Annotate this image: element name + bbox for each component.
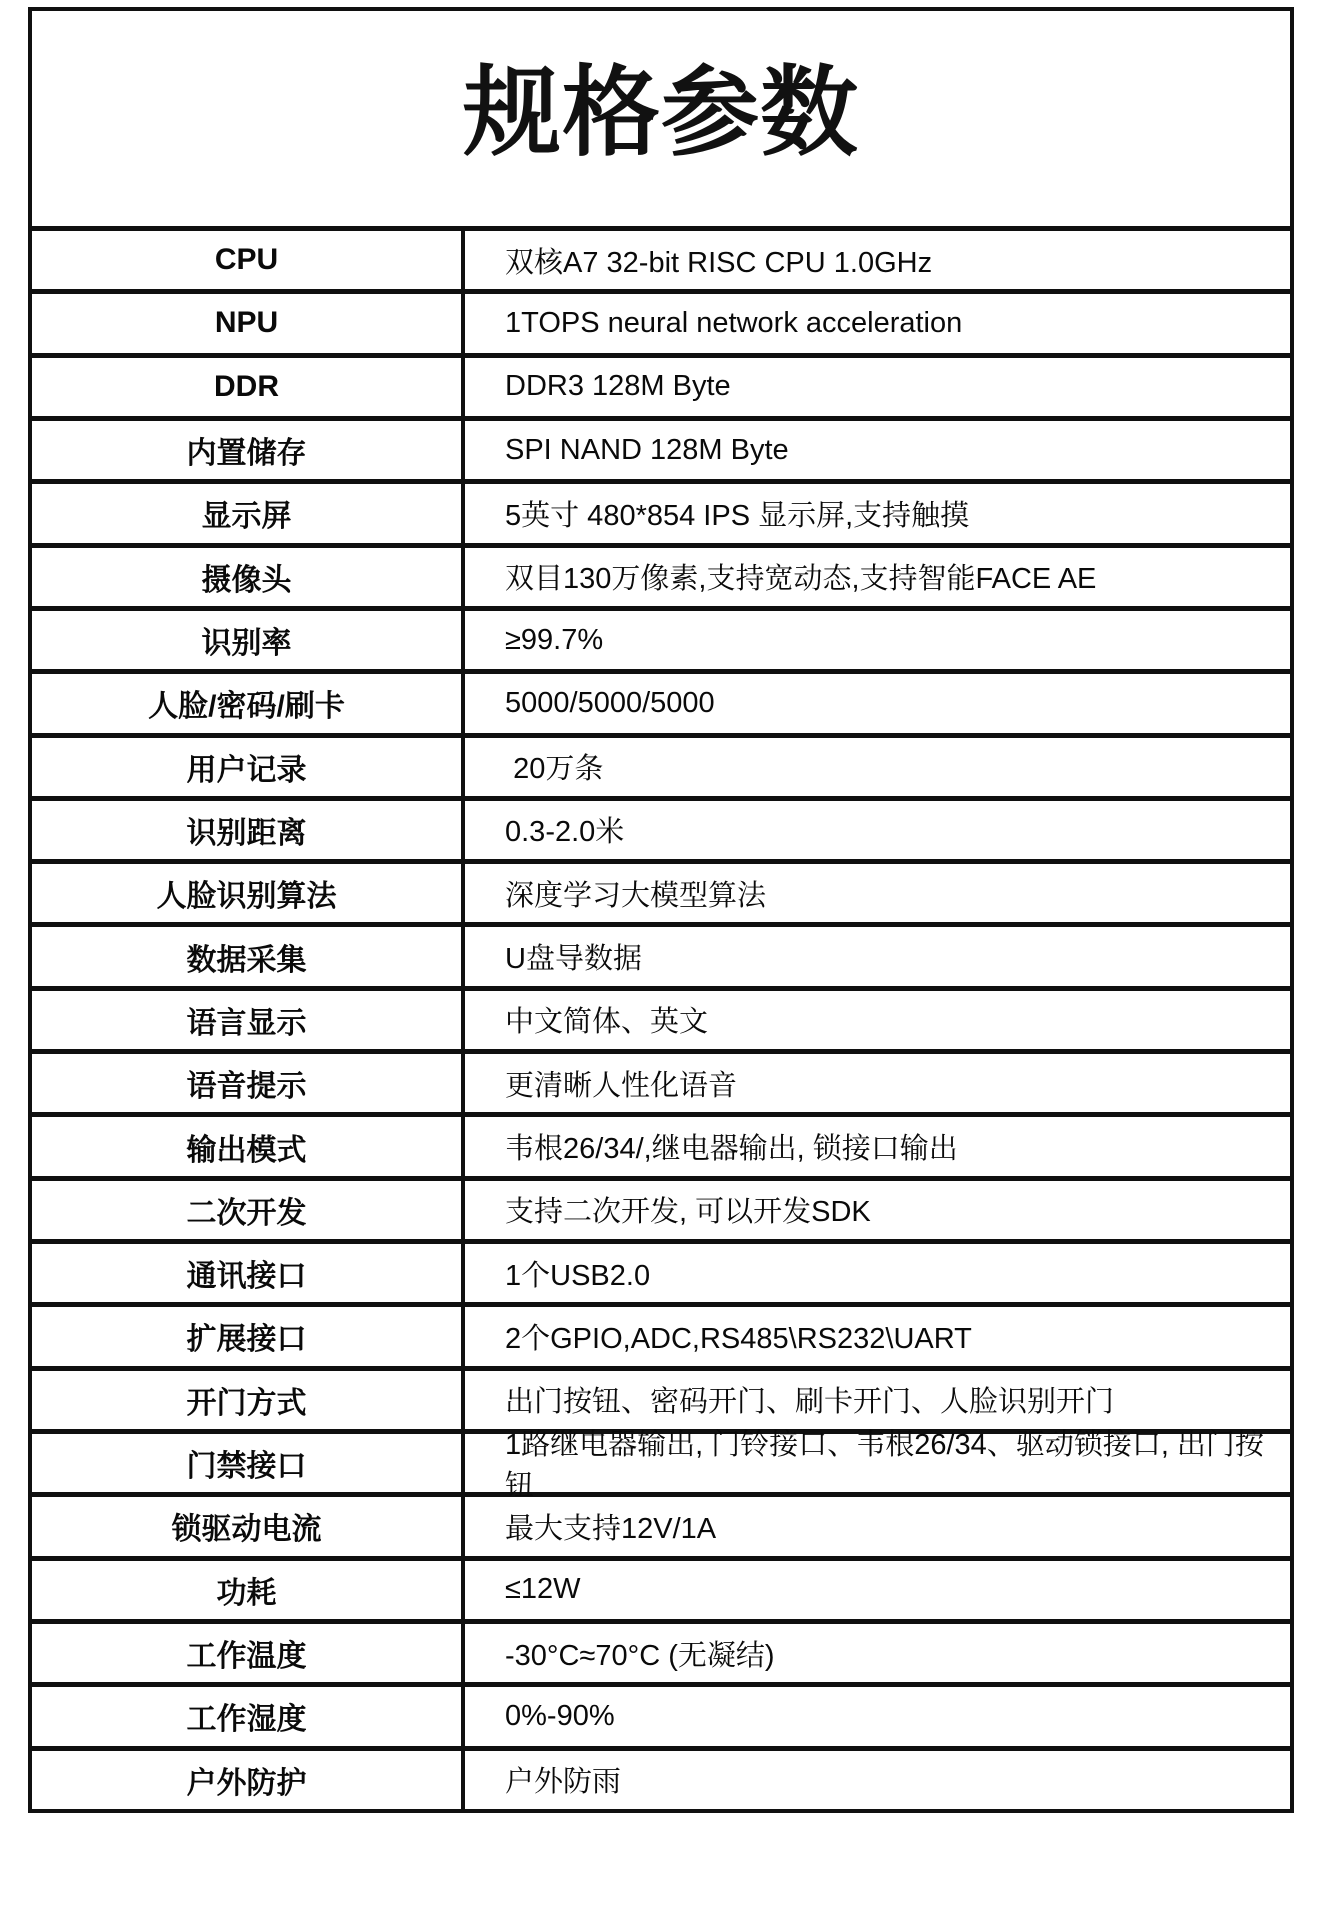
spec-value: 1路继电器输出, 门铃接口、韦根26/34、驱动锁接口, 出门按钮	[465, 1434, 1290, 1492]
spec-value: U盘导数据	[465, 927, 1290, 985]
spec-value: SPI NAND 128M Byte	[465, 421, 1290, 479]
spec-value: -30°C≈70°C (无凝结)	[465, 1624, 1290, 1682]
table-row: 工作湿度0%-90%	[32, 1687, 1290, 1750]
spec-label: 数据采集	[32, 927, 465, 985]
table-row: 用户记录 20万条	[32, 738, 1290, 801]
spec-value: 户外防雨	[465, 1751, 1290, 1809]
spec-label: 锁驱动电流	[32, 1497, 465, 1555]
spec-value: 韦根26/34/,继电器输出, 锁接口输出	[465, 1117, 1290, 1175]
spec-value: 双核A7 32-bit RISC CPU 1.0GHz	[465, 231, 1290, 289]
spec-table-body: CPU双核A7 32-bit RISC CPU 1.0GHzNPU1TOPS n…	[32, 231, 1290, 1809]
table-row: 人脸/密码/刷卡5000/5000/5000	[32, 674, 1290, 737]
table-row: 通讯接口1个USB2.0	[32, 1244, 1290, 1307]
spec-value: 5英寸 480*854 IPS 显示屏,支持触摸	[465, 484, 1290, 542]
table-row: 识别距离0.3-2.0米	[32, 801, 1290, 864]
spec-label: DDR	[32, 358, 465, 416]
spec-label: 内置储存	[32, 421, 465, 479]
spec-label: 工作湿度	[32, 1687, 465, 1745]
table-row: CPU双核A7 32-bit RISC CPU 1.0GHz	[32, 231, 1290, 294]
table-row: NPU1TOPS neural network acceleration	[32, 294, 1290, 357]
table-row: 输出模式韦根26/34/,继电器输出, 锁接口输出	[32, 1117, 1290, 1180]
page-title: 规格参数	[463, 63, 859, 161]
table-row: 门禁接口1路继电器输出, 门铃接口、韦根26/34、驱动锁接口, 出门按钮	[32, 1434, 1290, 1497]
spec-label: 二次开发	[32, 1181, 465, 1239]
table-row: 户外防护户外防雨	[32, 1751, 1290, 1809]
table-row: DDRDDR3 128M Byte	[32, 358, 1290, 421]
spec-value: ≤12W	[465, 1561, 1290, 1619]
spec-label: 用户记录	[32, 738, 465, 796]
spec-label: 功耗	[32, 1561, 465, 1619]
table-row: 摄像头双目130万像素,支持宽动态,支持智能FACE AE	[32, 548, 1290, 611]
table-row: 人脸识别算法深度学习大模型算法	[32, 864, 1290, 927]
table-row: 内置储存SPI NAND 128M Byte	[32, 421, 1290, 484]
spec-label: 识别距离	[32, 801, 465, 859]
spec-value: 1个USB2.0	[465, 1244, 1290, 1302]
spec-value: 出门按钮、密码开门、刷卡开门、人脸识别开门	[465, 1371, 1290, 1429]
spec-value: 5000/5000/5000	[465, 674, 1290, 732]
spec-value: 0.3-2.0米	[465, 801, 1290, 859]
table-row: 二次开发支持二次开发, 可以开发SDK	[32, 1181, 1290, 1244]
table-row: 功耗≤12W	[32, 1561, 1290, 1624]
spec-label: 开门方式	[32, 1371, 465, 1429]
spec-label: 门禁接口	[32, 1434, 465, 1492]
spec-label: 输出模式	[32, 1117, 465, 1175]
spec-label: 户外防护	[32, 1751, 465, 1809]
spec-value: 中文简体、英文	[465, 991, 1290, 1049]
spec-label: 摄像头	[32, 548, 465, 606]
spec-value: 1TOPS neural network acceleration	[465, 294, 1290, 352]
spec-label: 显示屏	[32, 484, 465, 542]
spec-value: 2个GPIO,ADC,RS485\RS232\UART	[465, 1307, 1290, 1365]
spec-label: CPU	[32, 231, 465, 289]
spec-label: 识别率	[32, 611, 465, 669]
spec-label: 语音提示	[32, 1054, 465, 1112]
spec-value: ≥99.7%	[465, 611, 1290, 669]
spec-label: 通讯接口	[32, 1244, 465, 1302]
spec-value: DDR3 128M Byte	[465, 358, 1290, 416]
spec-label: NPU	[32, 294, 465, 352]
spec-value: 双目130万像素,支持宽动态,支持智能FACE AE	[465, 548, 1290, 606]
spec-label: 人脸识别算法	[32, 864, 465, 922]
spec-label: 扩展接口	[32, 1307, 465, 1365]
table-row: 识别率≥99.7%	[32, 611, 1290, 674]
spec-value: 支持二次开发, 可以开发SDK	[465, 1181, 1290, 1239]
table-row: 显示屏5英寸 480*854 IPS 显示屏,支持触摸	[32, 484, 1290, 547]
table-row: 工作温度-30°C≈70°C (无凝结)	[32, 1624, 1290, 1687]
spec-label: 工作温度	[32, 1624, 465, 1682]
spec-table: 规格参数 CPU双核A7 32-bit RISC CPU 1.0GHzNPU1T…	[28, 7, 1294, 1813]
spec-label: 人脸/密码/刷卡	[32, 674, 465, 732]
spec-value: 0%-90%	[465, 1687, 1290, 1745]
spec-label: 语言显示	[32, 991, 465, 1049]
spec-value: 20万条	[465, 738, 1290, 796]
table-row: 语言显示中文简体、英文	[32, 991, 1290, 1054]
table-row: 扩展接口2个GPIO,ADC,RS485\RS232\UART	[32, 1307, 1290, 1370]
spec-value: 最大支持12V/1A	[465, 1497, 1290, 1555]
table-row: 数据采集U盘导数据	[32, 927, 1290, 990]
spec-table-header: 规格参数	[32, 11, 1290, 231]
table-row: 语音提示更清晰人性化语音	[32, 1054, 1290, 1117]
spec-value: 深度学习大模型算法	[465, 864, 1290, 922]
spec-value: 更清晰人性化语音	[465, 1054, 1290, 1112]
spec-sheet-page: 规格参数 CPU双核A7 32-bit RISC CPU 1.0GHzNPU1T…	[0, 0, 1328, 1920]
table-row: 锁驱动电流最大支持12V/1A	[32, 1497, 1290, 1560]
